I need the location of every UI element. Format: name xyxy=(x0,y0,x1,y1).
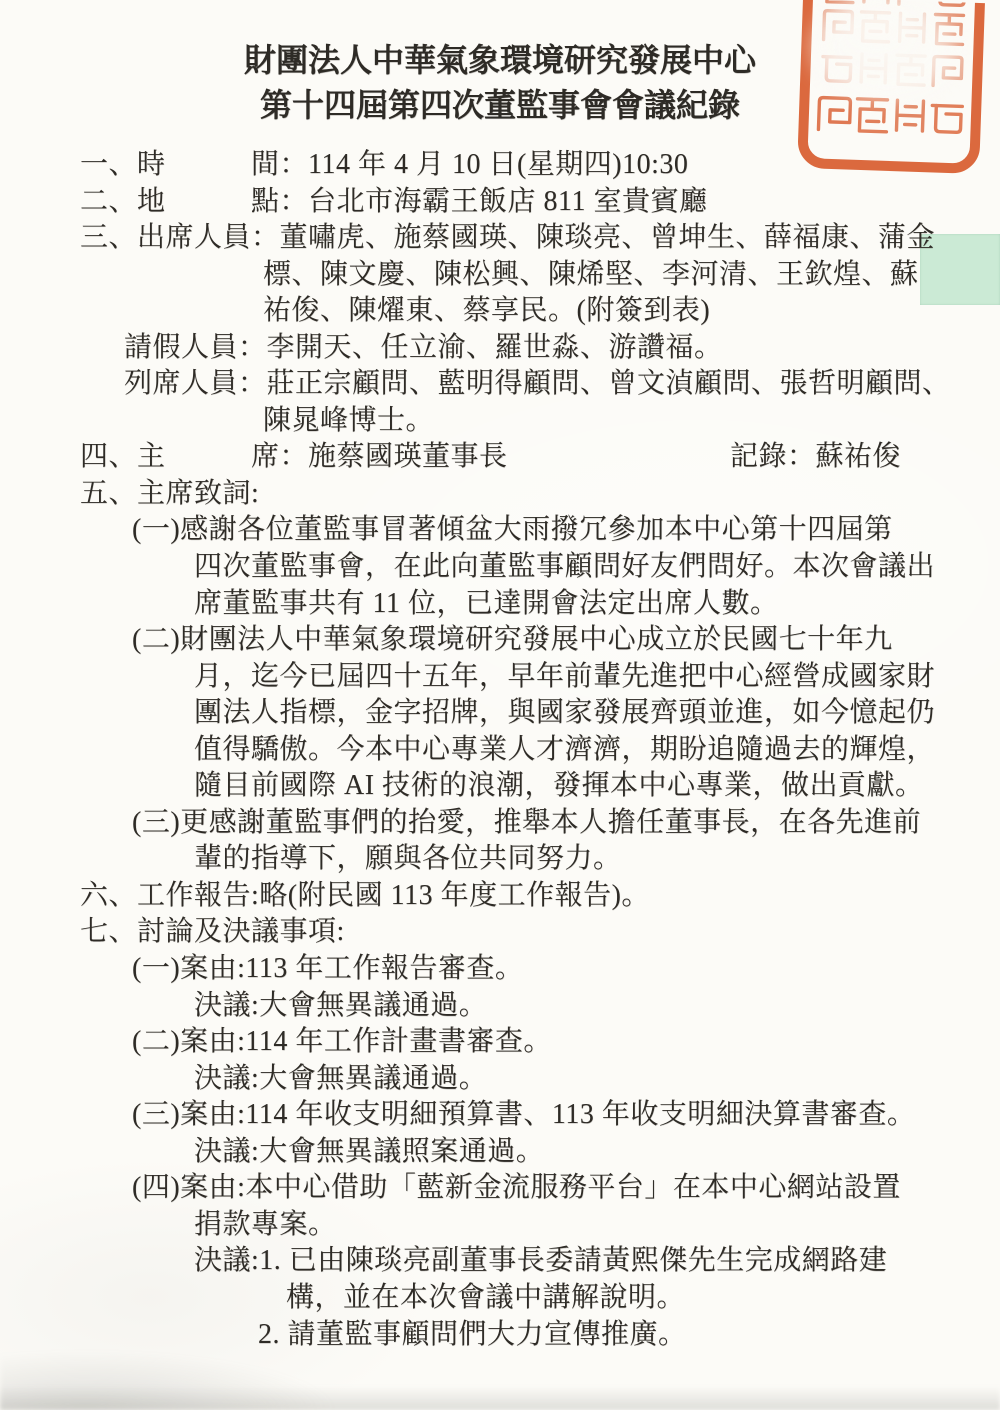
discussion-heading: 七、討論及決議事項: xyxy=(0,914,1000,951)
case-subject: (二)案由:114 年工作計畫書審查。 xyxy=(0,1024,1000,1061)
org-name-title: 財團法人中華氣象環境研究發展中心 xyxy=(0,38,1000,83)
case-resolution-item-2: 2. 請董監事顧問們大力宣傳推廣。 xyxy=(0,1317,1000,1354)
meeting-place-line: 二、地 點：台北市海霸王飯店 811 室貴賓廳 xyxy=(0,184,1000,221)
document-page: 財團法人中華氣象環境研究發展中心 第十四屆第四次董監事會會議紀錄 一、時 間：1… xyxy=(0,0,1000,1410)
meeting-time-line: 一、時 間：114 年 4 月 10 日(星期四)10:30 xyxy=(0,147,1000,184)
chair-line: 四、主 席：施蔡國瑛董事長 記錄：蘇祐俊 xyxy=(0,439,1000,476)
attendees-line: 三、出席人員：董嘯虎、施蔡國瑛、陳琰亮、曾坤生、薛福康、蒲金 xyxy=(0,220,1000,257)
scan-edge-shadow xyxy=(0,1386,1000,1410)
work-report-line: 六、工作報告:略(附民國 113 年度工作報告)。 xyxy=(0,878,1000,915)
attendees-line: 祐俊、陳燿東、蔡享民。(附簽到表) xyxy=(0,293,1000,330)
case-subject-cont: 捐款專案。 xyxy=(0,1207,1000,1244)
observers-line: 列席人員：莊正宗顧問、藍明得顧問、曾文湞顧問、張哲明顧問、 xyxy=(0,366,1000,403)
case-resolution: 決議:1. 已由陳琰亮副董事長委請黃熙傑先生完成網路建 xyxy=(0,1243,1000,1280)
chair-label: 四、主 席：施蔡國瑛董事長 xyxy=(80,441,508,472)
remarks-item: (二)財團法人中華氣象環境研究發展中心成立於民國七十年九 xyxy=(0,622,1000,659)
absentees-line: 請假人員：李開天、任立渝、羅世淼、游讚福。 xyxy=(0,330,1000,367)
case-subject: (三)案由:114 年收支明細預算書、113 年收支明細決算書審查。 xyxy=(0,1097,1000,1134)
meeting-minutes-title: 第十四屆第四次董監事會會議紀錄 xyxy=(0,83,1000,128)
remarks-item-cont: 隨目前國際 AI 技術的浪潮，發揮本中心專業，做出貢獻。 xyxy=(0,768,1000,805)
case-resolution: 決議:大會無異議照案通過。 xyxy=(0,1134,1000,1171)
minutes-body: 一、時 間：114 年 4 月 10 日(星期四)10:30 二、地 點：台北市… xyxy=(0,147,1000,1353)
remarks-item: (一)感謝各位董監事冒著傾盆大雨撥冗參加本中心第十四屆第 xyxy=(0,512,1000,549)
remarks-item-cont: 月，迄今已屆四十五年，早年前輩先進把中心經營成國家財 xyxy=(0,659,1000,696)
observers-line: 陳晁峰博士。 xyxy=(0,403,1000,440)
document-header: 財團法人中華氣象環境研究發展中心 第十四屆第四次董監事會會議紀錄 xyxy=(0,38,1000,128)
case-resolution-cont: 構，並在本次會議中講解說明。 xyxy=(0,1280,1000,1317)
case-resolution: 決議:大會無異議通過。 xyxy=(0,988,1000,1025)
remarks-item: (三)更感謝董監事們的抬愛，推舉本人擔任董事長，在各先進前 xyxy=(0,805,1000,842)
case-resolution: 決議:大會無異議通過。 xyxy=(0,1061,1000,1098)
remarks-item-cont: 值得驕傲。今本中心專業人才濟濟，期盼追隨過去的輝煌， xyxy=(0,732,1000,769)
recorder-label: 記錄：蘇祐俊 xyxy=(730,439,901,476)
remarks-item-cont: 團法人指標，金字招牌，與國家發展齊頭並進，如今憶起仍 xyxy=(0,695,1000,732)
chair-remarks-heading: 五、主席致詞: xyxy=(0,476,1000,513)
attendees-line: 標、陳文慶、陳松興、陳烯堅、李河清、王欽煌、蘇 xyxy=(0,257,1000,294)
case-subject: (一)案由:113 年工作報告審查。 xyxy=(0,951,1000,988)
remarks-item-cont: 四次董監事會，在此向董監事顧問好友們問好。本次會議出 xyxy=(0,549,1000,586)
case-subject: (四)案由:本中心借助「藍新金流服務平台」在本中心網站設置 xyxy=(0,1170,1000,1207)
remarks-item-cont: 輩的指導下，願與各位共同努力。 xyxy=(0,841,1000,878)
remarks-item-cont: 席董監事共有 11 位，已達開會法定出席人數。 xyxy=(0,586,1000,623)
